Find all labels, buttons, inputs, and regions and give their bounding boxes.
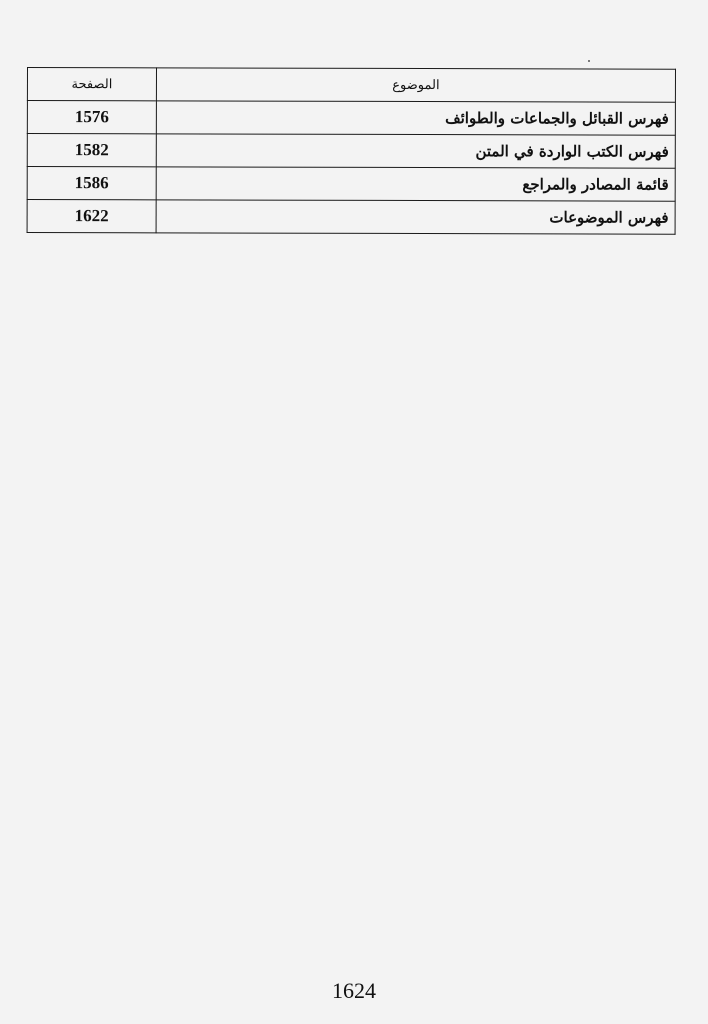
- row-topic: فهرس الموضوعات: [156, 200, 675, 234]
- page-number: 1624: [0, 978, 708, 1004]
- header-topic: الموضوع: [156, 68, 675, 102]
- row-page: 1582: [27, 134, 156, 167]
- table-row: فهرس الموضوعات 1622: [27, 200, 675, 235]
- row-page: 1622: [27, 200, 156, 233]
- row-topic: فهرس القبائل والجماعات والطوائف: [156, 101, 675, 135]
- table-row: فهرس القبائل والجماعات والطوائف 1576: [27, 101, 675, 136]
- row-topic: قائمة المصادر والمراجع: [156, 167, 675, 201]
- table-of-contents: الموضوع الصفحة فهرس القبائل والجماعات وا…: [27, 67, 676, 235]
- row-topic: فهرس الكتب الواردة في المتن: [156, 134, 675, 168]
- table-header-row: الموضوع الصفحة: [27, 68, 675, 103]
- header-page: الصفحة: [27, 68, 156, 101]
- row-page: 1576: [27, 101, 156, 134]
- scan-speck: [588, 60, 590, 62]
- table-row: قائمة المصادر والمراجع 1586: [27, 167, 675, 202]
- row-page: 1586: [27, 167, 156, 200]
- table-row: فهرس الكتب الواردة في المتن 1582: [27, 134, 675, 169]
